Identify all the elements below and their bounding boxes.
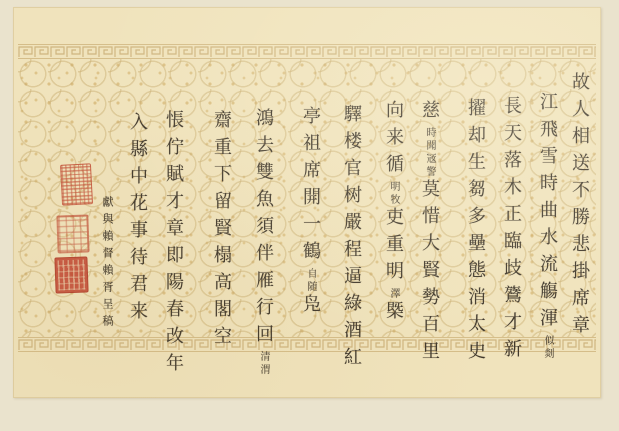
column-text: 江飛雪時曲水流觴渾 (537, 92, 558, 335)
column-text: 擢却生芻多壘態消太史 (465, 98, 486, 368)
column-text: 入縣中花事待君来 (127, 112, 148, 328)
calligraphy-column-12: 入縣中花事待君来 (124, 112, 150, 328)
calligraphy-column-3: 長天落木正臨歧鷟才新 (498, 96, 524, 366)
upper-seal-stamp (60, 163, 93, 206)
middle-seal-stamp (56, 214, 89, 253)
column-text: 慈 (419, 100, 440, 127)
inline-small-note: 明牧 (388, 181, 399, 207)
calligraphy-column-2: 江飛雪時曲水流觴渾似剡 (534, 92, 560, 361)
calligraphy-column-11: 悵佇賦才章即陽春改年 (160, 110, 186, 380)
column-text: 齋重下留賢榻高閣空 (211, 110, 232, 353)
column-text: 向来循 (383, 100, 404, 181)
column-text: 莫惜大賢勢百里 (419, 179, 440, 368)
inline-small-note: 似剡 (542, 335, 553, 361)
lower-seal-stamp (54, 256, 88, 293)
column-text: 長天落木正臨歧鷟才新 (501, 96, 522, 366)
column-text: 吏重明 (383, 207, 404, 288)
calligraphy-album-leaf: 故人相送不勝悲掛席章江飛雪時曲水流觴渾似剡長天落木正臨歧鷟才新擢却生芻多壘態消太… (0, 0, 619, 431)
calligraphy-column-10: 齋重下留賢榻高閣空 (208, 110, 234, 353)
calligraphy-column-4: 擢却生芻多壘態消太史 (462, 98, 488, 368)
greek-key-border-top (18, 44, 596, 59)
column-text: 驛楼官树嚴程逼綠酒紅 (341, 104, 362, 374)
inline-small-note: 時聞㓂警 (424, 127, 435, 179)
column-text: 槩 (383, 301, 404, 328)
paper-sheet: 故人相送不勝悲掛席章江飛雪時曲水流觴渾似剡長天落木正臨歧鷟才新擢却生芻多壘態消太… (13, 7, 601, 398)
inline-small-note: 清渭 (258, 351, 269, 377)
inline-small-note: 澤 (388, 288, 399, 301)
column-text: 鴻去雙魚須伴雁行回 (253, 108, 274, 351)
calligraphy-column-13: 獻與賴督賴胥呈稿 (99, 196, 115, 332)
calligraphy-column-7: 驛楼官树嚴程逼綠酒紅 (338, 104, 364, 374)
calligraphy-column-5: 慈時聞㓂警莫惜大賢勢百里 (416, 100, 442, 368)
calligraphy-column-1: 故人相送不勝悲掛席章 (566, 72, 592, 342)
calligraphy-column-8: 亭祖席開一鶴自随凫 (297, 106, 323, 321)
column-text: 故人相送不勝悲掛席章 (569, 72, 590, 342)
calligraphy-column-9: 鴻去雙魚須伴雁行回清渭 (250, 108, 276, 377)
column-text: 凫 (300, 294, 321, 321)
column-text: 悵佇賦才章即陽春改年 (163, 110, 184, 380)
inline-small-note: 自随 (305, 268, 316, 294)
calligraphy-column-6: 向来循明牧吏重明澤槩 (380, 100, 406, 328)
column-text: 獻與賴督賴胥呈稿 (101, 196, 114, 332)
column-text: 亭祖席開一鶴 (300, 106, 321, 268)
